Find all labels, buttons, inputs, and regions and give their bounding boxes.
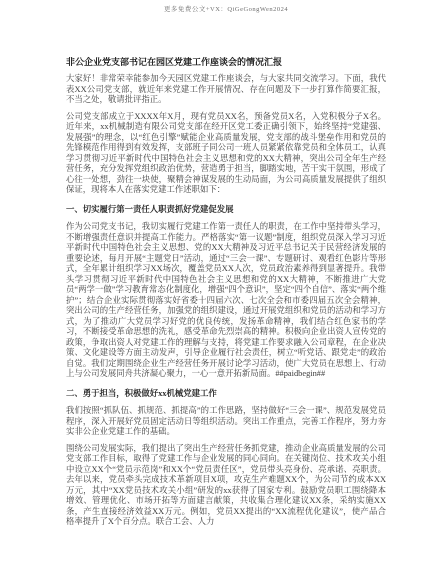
- section-2-para-2: 围绕公司发展实际，我们提出了突出生产经营任务抓党建，推动企业高质量发展的公司党支…: [66, 444, 386, 528]
- watermark-text: 更多免费公文+VX：QiGeGongWen2024: [66, 4, 386, 13]
- paragraph-overview: 公司党支部成立于XXXX年X月，现有党员XX名，预备党员X名，入党积极分子X名。…: [66, 112, 386, 196]
- document-title: 非公企业党支部书记在园区党建工作座谈会的情况汇报: [66, 57, 386, 68]
- section-heading-1: 一、切实履行第一责任人职责抓好党建促发展: [66, 205, 386, 216]
- document-page: 更多免费公文+VX：QiGeGongWen2024 非公企业党支部书记在园区党建…: [0, 0, 448, 580]
- section-1-body: 作为公司党支书记，我切实履行党建工作第一责任人的职责，在工作中坚持带头学习，不断…: [66, 222, 386, 380]
- paragraph-intro: 大家好！非常荣幸能参加今天园区党建工作座谈会，与大家共同交流学习。下面，我代表X…: [66, 74, 386, 106]
- section-heading-2: 二、勇于担当，积极做好xx机械党建工作: [66, 389, 386, 400]
- section-2-para-1: 我们按照“抓队伍、抓规范、抓提高”的工作思路，坚持做好“三会一课”、规范发展党员…: [66, 406, 386, 438]
